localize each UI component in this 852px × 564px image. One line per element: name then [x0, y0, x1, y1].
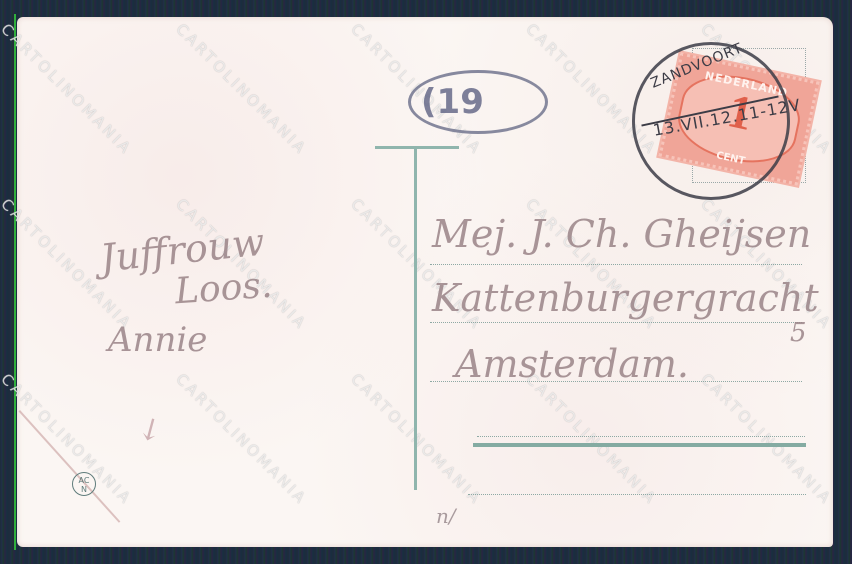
oval-handstamp: (19 [408, 70, 548, 134]
scan-edge [14, 14, 16, 550]
publisher-logo: AC N [72, 472, 96, 496]
address-line [430, 264, 802, 265]
publisher-logo-line1: AC [79, 476, 90, 485]
address-line [430, 322, 802, 323]
publisher-logo-line2: N [81, 485, 87, 494]
address-line-1: Mej. J. Ch. Gheijsen [432, 212, 811, 256]
divider-vertical [414, 148, 417, 490]
address-line-3: Amsterdam. [455, 342, 689, 386]
address-line-thick [473, 443, 806, 447]
message-line-2: Loos. [174, 265, 274, 313]
address-line [468, 494, 806, 495]
address-line [477, 436, 805, 437]
message-line-3: Annie [108, 320, 207, 360]
pencil-note: n/ [436, 504, 456, 528]
address-line-2: Kattenburgergracht [432, 276, 819, 320]
divider-top [375, 146, 459, 149]
address-house-number: 5 [790, 318, 807, 348]
